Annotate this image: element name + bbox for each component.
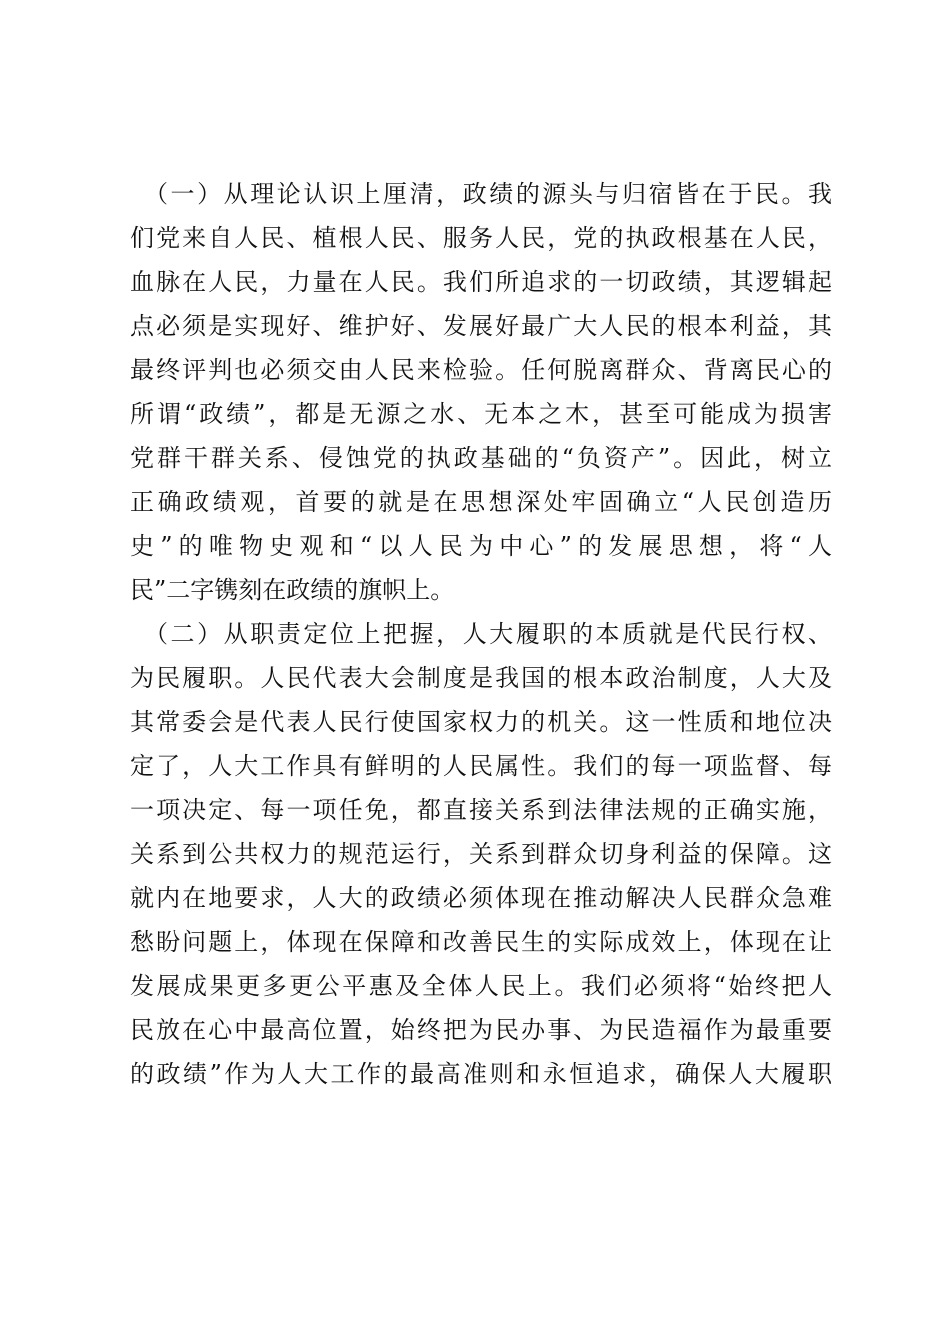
text-line: 愁盼问题上，体现在保障和改善民生的实际成效上，体现在让 — [130, 922, 832, 966]
text-line: 发展成果更多更公平惠及全体人民上。我们必须将“始终把人 — [130, 966, 832, 1010]
text-line: （二）从职责定位上把握，人大履职的本质就是代民行权、 — [130, 614, 832, 658]
text-line: 党群干群关系、侵蚀党的执政基础的“负资产”。因此，树立 — [130, 438, 832, 482]
text-line: 点必须是实现好、维护好、发展好最广大人民的根本利益，其 — [130, 306, 832, 350]
text-line: 一项决定、每一项任免，都直接关系到法律法规的正确实施， — [130, 790, 832, 834]
text-line: 就内在地要求，人大的政绩必须体现在推动解决人民群众急难 — [130, 878, 832, 922]
paragraph-2: （二）从职责定位上把握，人大履职的本质就是代民行权、 为民履职。人民代表大会制度… — [130, 614, 832, 1098]
text-line: 其常委会是代表人民行使国家权力的机关。这一性质和地位决 — [130, 702, 832, 746]
document-page: （一）从理论认识上厘清，政绩的源头与归宿皆在于民。我 们党来自人民、植根人民、服… — [130, 174, 832, 1098]
text-line: 血脉在人民，力量在人民。我们所追求的一切政绩，其逻辑起 — [130, 262, 832, 306]
text-line: 所谓“政绩”，都是无源之水、无本之木，甚至可能成为损害 — [130, 394, 832, 438]
text-line: 为民履职。人民代表大会制度是我国的根本政治制度，人大及 — [130, 658, 832, 702]
text-line: 民放在心中最高位置，始终把为民办事、为民造福作为最重要 — [130, 1010, 832, 1054]
text-line: 正确政绩观，首要的就是在思想深处牢固确立“人民创造历 — [130, 482, 832, 526]
text-line: 定了，人大工作具有鲜明的人民属性。我们的每一项监督、每 — [130, 746, 832, 790]
paragraph-1: （一）从理论认识上厘清，政绩的源头与归宿皆在于民。我 们党来自人民、植根人民、服… — [130, 174, 832, 614]
text-line: 民”二字镌刻在政绩的旗帜上。 — [130, 570, 832, 614]
text-line: 们党来自人民、植根人民、服务人民，党的执政根基在人民， — [130, 218, 832, 262]
text-line: 的政绩”作为人大工作的最高准则和永恒追求，确保人大履职 — [130, 1054, 832, 1098]
text-line: 史”的唯物史观和“以人民为中心”的发展思想，将“人 — [130, 526, 832, 570]
text-line: 最终评判也必须交由人民来检验。任何脱离群众、背离民心的 — [130, 350, 832, 394]
text-line: （一）从理论认识上厘清，政绩的源头与归宿皆在于民。我 — [130, 174, 832, 218]
text-line: 关系到公共权力的规范运行，关系到群众切身利益的保障。这 — [130, 834, 832, 878]
